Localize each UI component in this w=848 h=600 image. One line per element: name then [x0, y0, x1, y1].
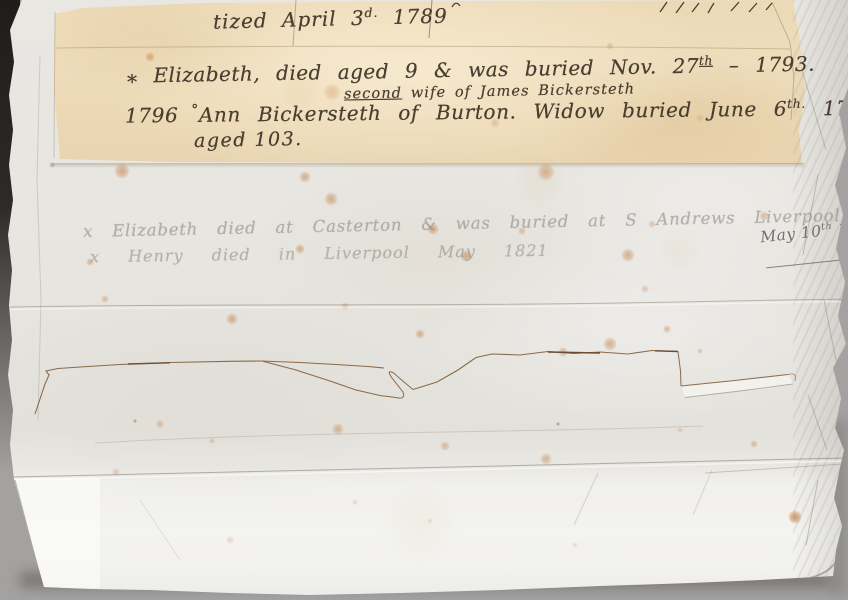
stain-spot	[677, 427, 683, 433]
ink-line1-superscript: d.	[364, 5, 378, 20]
document-page: tized April 3d. 1789 ⁎ Elizabeth, died a…	[0, 0, 848, 600]
stain-spot	[226, 313, 238, 325]
stain-spot	[299, 171, 311, 183]
stain-spot	[324, 192, 338, 206]
stain-spot	[415, 329, 425, 339]
fold-highlight	[0, 468, 848, 594]
paper-tear	[35, 351, 796, 415]
stain-spot	[603, 337, 617, 351]
ink-line-aged-103: aged 103.	[194, 128, 303, 152]
ink-line3-year: 1796	[806, 96, 848, 121]
stain-spot	[697, 348, 703, 354]
scanned-document: tized April 3d. 1789 ⁎ Elizabeth, died a…	[0, 0, 848, 600]
stain-spot	[440, 441, 450, 451]
ink-line3-year-left: 1796	[125, 103, 179, 128]
stain-spot	[641, 285, 649, 293]
asterisk-mark: ⁎	[127, 63, 138, 87]
ink-line1-year: 1789	[378, 4, 448, 30]
ink-line3-superscript: th.	[787, 96, 806, 111]
ink-line1-text: tized April 3	[213, 6, 365, 34]
stain-spot	[156, 420, 164, 428]
ink-line2-superscript: th	[699, 53, 713, 68]
stain-spot	[341, 302, 349, 310]
ink-line2-year: – 1793.	[713, 52, 815, 78]
degree-mark: °	[191, 102, 199, 118]
slip-bottom-shadow	[52, 163, 804, 168]
stain-spot	[558, 347, 568, 357]
stain-spot	[556, 422, 560, 426]
pencil-line2-text: x Henry died in Liverpool May 1821	[90, 241, 549, 266]
stain-spot	[332, 423, 344, 435]
stain-spot	[133, 419, 137, 423]
stain-spot	[209, 438, 215, 444]
stain-spot	[621, 248, 635, 262]
pencil-line-henry: x Henry died in Liverpool May 1821	[90, 241, 549, 266]
pencil-date-year: 1832	[832, 216, 848, 239]
stain-spot	[101, 295, 109, 303]
pencil-line1-text: x Elizabeth died at Casterton & was buri…	[83, 206, 841, 241]
stain-spot	[750, 440, 758, 448]
stain-spot	[658, 228, 702, 272]
stain-spot	[663, 325, 671, 333]
stain-spot	[540, 453, 552, 465]
ink-line4-text: aged 103.	[194, 128, 303, 152]
pencil-line-elizabeth: x Elizabeth died at Casterton & was buri…	[83, 206, 841, 241]
